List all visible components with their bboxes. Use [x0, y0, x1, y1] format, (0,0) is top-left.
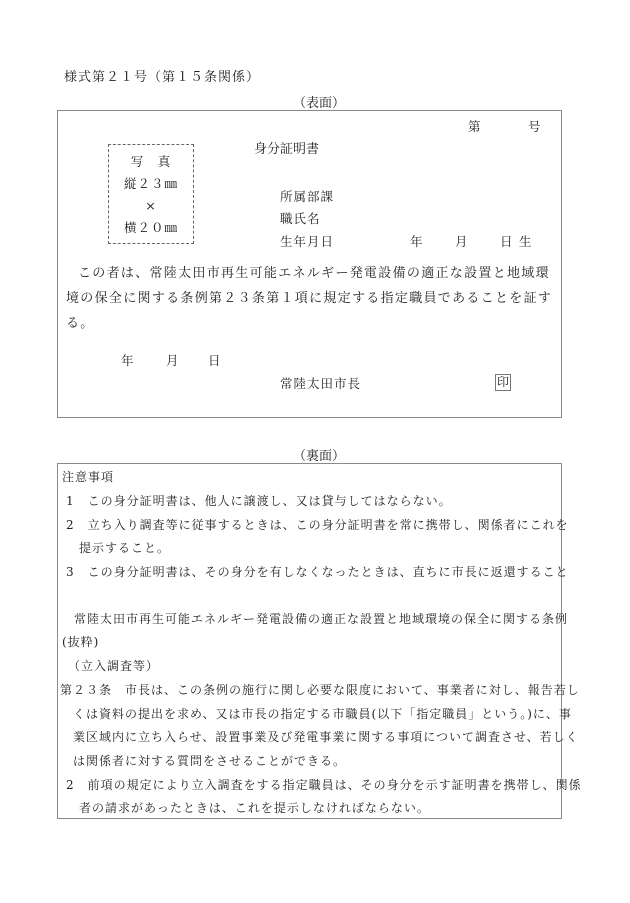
birth-year: 年: [410, 232, 423, 250]
photo-times: ×: [109, 195, 193, 217]
section-heading: （立入調査等）: [68, 656, 159, 676]
birth-month: 月: [455, 232, 468, 250]
front-side-label: （表面）: [293, 92, 345, 111]
photo-placeholder: 写 真 縦２３㎜ × 横２０㎜: [108, 144, 194, 244]
photo-width: 横２０㎜: [109, 217, 193, 239]
statement-line: 境の保全に関する条例第２３条第１項に規定する指定職員であることを証す: [66, 286, 556, 311]
back-side-label: （裏面）: [293, 445, 345, 464]
issue-day: 日: [208, 351, 221, 369]
issue-month: 月: [166, 351, 179, 369]
note-item-2: 2 立ち入り調査等に従事するときは、この身分証明書を常に携帯し、関係者にこれを: [66, 515, 569, 535]
number-prefix: 第: [468, 117, 481, 135]
ordinance-title: 常陸太田市再生可能エネルギー発電設備の適正な設置と地域環境の保全に関する条例: [74, 609, 568, 629]
birth-suffix: 生: [519, 232, 532, 250]
certificate-title: 身分証明書: [254, 138, 319, 157]
statement-line: この者は、常陸太田市再生可能エネルギー発電設備の適正な設置と地域環: [66, 261, 556, 286]
statement-line: る。: [66, 311, 556, 336]
field-position-name: 職氏名: [280, 209, 321, 227]
photo-label: 写 真: [109, 151, 193, 173]
birth-day: 日: [500, 232, 513, 250]
field-department: 所属部課: [280, 187, 334, 205]
number-suffix: 号: [528, 117, 541, 135]
excerpt-label: (抜粋): [62, 632, 99, 652]
article-line: 業区域内に立ち入らせ、設置事業及び発電事業に関する事項について調査させ、若しく: [60, 727, 579, 747]
front-side-card: 第 号 写 真 縦２３㎜ × 横２０㎜ 身分証明書 所属部課 職氏名 生年月日 …: [57, 110, 562, 418]
article-line: くは資料の提出を求め、又は市長の指定する市職員(以下「指定職員」という。)に、事: [60, 704, 572, 724]
issuer-name: 常陸太田市長: [280, 374, 361, 392]
article-line: は関係者に対する質問をさせることができる。: [60, 751, 346, 771]
note-item-2-cont: 提示すること。: [66, 538, 170, 558]
article-line: 第２３条 市長は、この条例の施行に関し必要な限度において、事業者に対し、報告若し: [60, 680, 580, 700]
note-item-3: 3 この身分証明書は、その身分を有しなくなったときは、直ちに市長に返還すること: [66, 562, 569, 582]
form-number: 様式第２１号（第１５条関係）: [64, 66, 260, 85]
certification-statement: この者は、常陸太田市再生可能エネルギー発電設備の適正な設置と地域環 境の保全に関…: [66, 261, 556, 336]
back-side-card: 注意事項 1 この身分証明書は、他人に譲渡し、又は貸与してはならない。 2 立ち…: [57, 463, 562, 819]
field-birthdate: 生年月日: [280, 232, 334, 250]
note-item-1: 1 この身分証明書は、他人に譲渡し、又は貸与してはならない。: [66, 491, 452, 511]
issue-year: 年: [121, 351, 134, 369]
photo-height: 縦２３㎜: [109, 173, 193, 195]
notes-title: 注意事項: [62, 467, 114, 487]
article-paragraph-2-cont: 者の請求があったときは、これを提示しなければならない。: [66, 798, 430, 818]
article-paragraph-2: 2 前項の規定により立入調査をする指定職員は、その身分を示す証明書を携帯し、関係: [66, 775, 582, 795]
seal-mark: 印: [495, 374, 511, 391]
